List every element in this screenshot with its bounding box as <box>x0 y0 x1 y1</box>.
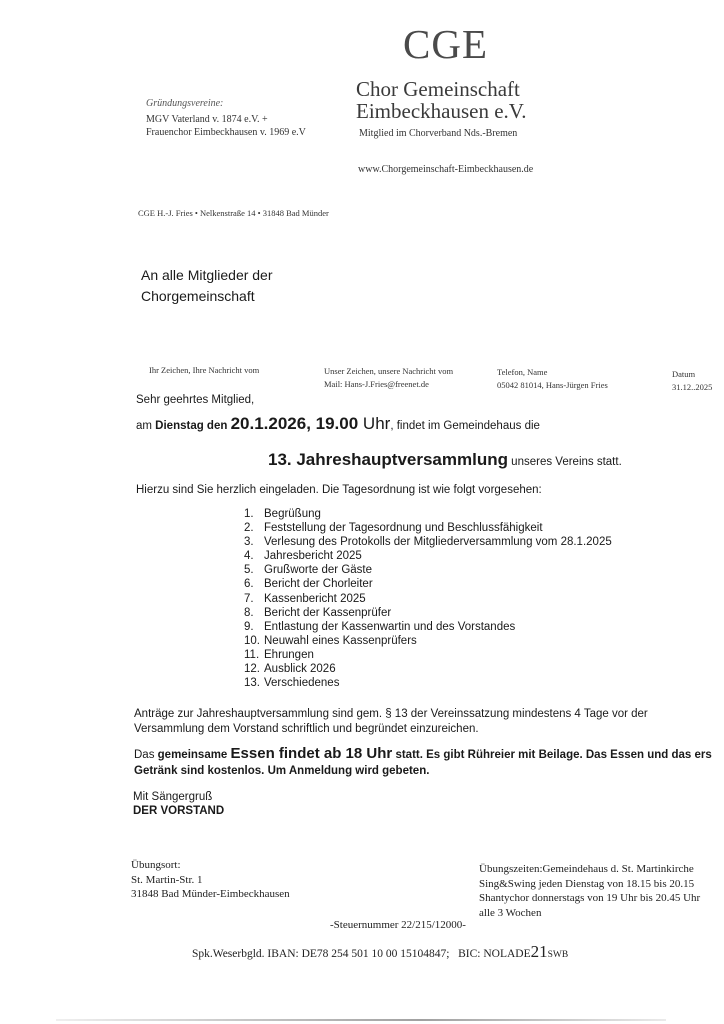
food-line2: Getränk sind kostenlos. Um Anmeldung wir… <box>134 763 712 779</box>
date-label: Datum <box>672 369 695 379</box>
agenda-item: 12.Ausblick 2026 <box>244 662 612 676</box>
founder-2: Frauenchor Eimbeckhausen v. 1969 e.V <box>146 127 306 138</box>
meeting-date-line: am Dienstag den 20.1.2026, 19.00 Uhr, fi… <box>136 414 540 434</box>
weekday: Dienstag den <box>155 420 230 432</box>
agenda-item-number: 1. <box>244 507 264 521</box>
bic-prefix: BIC: NOLADE <box>458 948 531 960</box>
meeting-suffix: unseres Vereins statt. <box>508 456 622 468</box>
salutation: Sehr geehrtes Mitglied, <box>136 394 254 406</box>
agenda-item-number: 12. <box>244 662 264 676</box>
logo-cge: CGE <box>403 24 488 65</box>
agenda-item-number: 6. <box>244 577 264 591</box>
food-part2: statt. Es gibt Rühreier mit Beilage. Das… <box>392 749 712 761</box>
website-link[interactable]: www.Chorgemeinschaft-Eimbeckhausen.de <box>358 164 533 175</box>
agenda-item-number: 8. <box>244 606 264 620</box>
date-prefix: am <box>136 420 155 432</box>
agenda-item-text: Entlastung der Kassenwartin und des Vors… <box>264 620 515 634</box>
agenda-item-text: Neuwahl eines Kassenprüfers <box>264 634 417 648</box>
agenda-item-text: Bericht der Chorleiter <box>264 577 373 591</box>
scan-edge-line <box>56 1019 666 1021</box>
organization-name-line1: Chor Gemeinschaft <box>356 78 526 100</box>
agenda-item: 1.Begrüßung <box>244 507 612 521</box>
invitation-text: Hierzu sind Sie herzlich eingeladen. Die… <box>136 484 542 496</box>
times-line: Shantychor donnerstags von 19 Uhr bis 20… <box>479 891 700 906</box>
closing-greeting: Mit Sängergruß <box>133 790 224 804</box>
meeting-title: 13. Jahreshauptversammlung <box>268 450 508 469</box>
tax-number: -Steuernummer 22/215/12000- <box>330 918 466 933</box>
agenda-item-number: 9. <box>244 620 264 634</box>
organization-name-line2: Eimbeckhausen e.V. <box>356 100 526 122</box>
meeting-datetime: 20.1.2026, 19.00 <box>231 414 359 433</box>
your-reference-label: Ihr Zeichen, Ihre Nachricht vom <box>149 365 259 375</box>
agenda-item: 9.Entlastung der Kassenwartin und des Vo… <box>244 620 612 634</box>
agenda-item-text: Ehrungen <box>264 648 314 662</box>
agenda-item-number: 4. <box>244 549 264 563</box>
membership-note: Mitglied im Chorverband Nds.-Bremen <box>359 128 517 139</box>
date-suffix: , findet im Gemeindehaus die <box>390 420 540 432</box>
bank-details: Spk.Weserbgld. IBAN: DE78 254 501 10 00 … <box>192 945 568 963</box>
agenda-item-text: Jahresbericht 2025 <box>264 549 362 563</box>
email-address[interactable]: Mail: Hans-J.Fries@freenet.de <box>324 379 429 389</box>
agenda-list: 1.Begrüßung2.Feststellung der Tagesordnu… <box>244 507 612 690</box>
recipient-line2: Chorgemeinschaft <box>141 286 273 307</box>
times-line: Übungszeiten:Gemeindehaus d. St. Martink… <box>479 862 700 877</box>
agenda-item: 13.Verschiedenes <box>244 676 612 690</box>
sender-address: CGE H.-J. Fries • Nelkenstraße 14 • 3184… <box>138 208 329 218</box>
location-label: Übungsort: <box>131 858 290 873</box>
motions-line1: Anträge zur Jahreshauptversammlung sind … <box>134 707 714 722</box>
phone-value: 05042 81014, Hans-Jürgen Fries <box>497 380 608 390</box>
closing-block: Mit Sängergruß DER VORSTAND <box>133 790 224 818</box>
rehearsal-location: Übungsort: St. Martin-Str. 1 31848 Bad M… <box>131 858 290 902</box>
agenda-item-number: 11. <box>244 648 264 662</box>
our-reference-label: Unser Zeichen, unsere Nachricht vom <box>324 366 453 376</box>
agenda-item: 4.Jahresbericht 2025 <box>244 549 612 563</box>
date-value: 31.12..2025 <box>672 382 712 392</box>
organization-name: Chor Gemeinschaft Eimbeckhausen e.V. <box>356 78 526 122</box>
agenda-item: 3.Verlesung des Protokolls der Mitgliede… <box>244 535 612 549</box>
motions-line2: Versammlung dem Vorstand schriftlich und… <box>134 722 714 737</box>
recipient-line1: An alle Mitglieder der <box>141 265 273 286</box>
agenda-item-text: Ausblick 2026 <box>264 662 336 676</box>
agenda-item-number: 10. <box>244 634 264 648</box>
agenda-item: 7.Kassenbericht 2025 <box>244 592 612 606</box>
agenda-item-number: 13. <box>244 676 264 690</box>
location-city: 31848 Bad Münder-Eimbeckhausen <box>131 887 290 902</box>
agenda-item-text: Begrüßung <box>264 507 321 521</box>
agenda-item: 8.Bericht der Kassenprüfer <box>244 606 612 620</box>
location-street: St. Martin-Str. 1 <box>131 873 290 888</box>
uhr-label: Uhr <box>358 414 390 433</box>
founder-1: MGV Vaterland v. 1874 e.V. + <box>146 114 268 125</box>
food-prefix: Das <box>134 749 158 761</box>
recipient-block: An alle Mitglieder der Chorgemeinschaft <box>141 265 273 307</box>
agenda-item-number: 3. <box>244 535 264 549</box>
food-paragraph: Das gemeinsame Essen findet ab 18 Uhr st… <box>134 746 712 779</box>
agenda-item-number: 2. <box>244 521 264 535</box>
agenda-item-text: Grußworte der Gäste <box>264 563 372 577</box>
phone-label: Telefon, Name <box>497 367 547 377</box>
bic-digits: 21 <box>531 942 548 961</box>
founders-label: Gründungsvereine: <box>146 98 223 109</box>
food-part1: gemeinsame <box>158 749 231 761</box>
agenda-item-text: Verschiedenes <box>264 676 339 690</box>
agenda-item: 10.Neuwahl eines Kassenprüfers <box>244 634 612 648</box>
rehearsal-times: Übungszeiten:Gemeindehaus d. St. Martink… <box>479 862 700 920</box>
signature: DER VORSTAND <box>133 804 224 818</box>
bic-suffix: SWB <box>548 950 569 960</box>
meeting-title-line: 13. Jahreshauptversammlung unseres Verei… <box>268 450 622 470</box>
motions-paragraph: Anträge zur Jahreshauptversammlung sind … <box>134 707 714 737</box>
agenda-item: 2.Feststellung der Tagesordnung und Besc… <box>244 521 612 535</box>
agenda-item-text: Feststellung der Tagesordnung und Beschl… <box>264 521 543 535</box>
agenda-item: 11.Ehrungen <box>244 648 612 662</box>
agenda-item-text: Bericht der Kassenprüfer <box>264 606 391 620</box>
agenda-item: 6.Bericht der Chorleiter <box>244 577 612 591</box>
agenda-item: 5.Grußworte der Gäste <box>244 563 612 577</box>
times-line: Sing&Swing jeden Dienstag von 18.15 bis … <box>479 877 700 892</box>
agenda-item-number: 5. <box>244 563 264 577</box>
agenda-item-number: 7. <box>244 592 264 606</box>
iban: Spk.Weserbgld. IBAN: DE78 254 501 10 00 … <box>192 948 450 960</box>
agenda-item-text: Kassenbericht 2025 <box>264 592 366 606</box>
food-highlight: Essen findet ab 18 Uhr <box>231 745 393 762</box>
agenda-item-text: Verlesung des Protokolls der Mitgliederv… <box>264 535 612 549</box>
times-line: alle 3 Wochen <box>479 906 700 921</box>
